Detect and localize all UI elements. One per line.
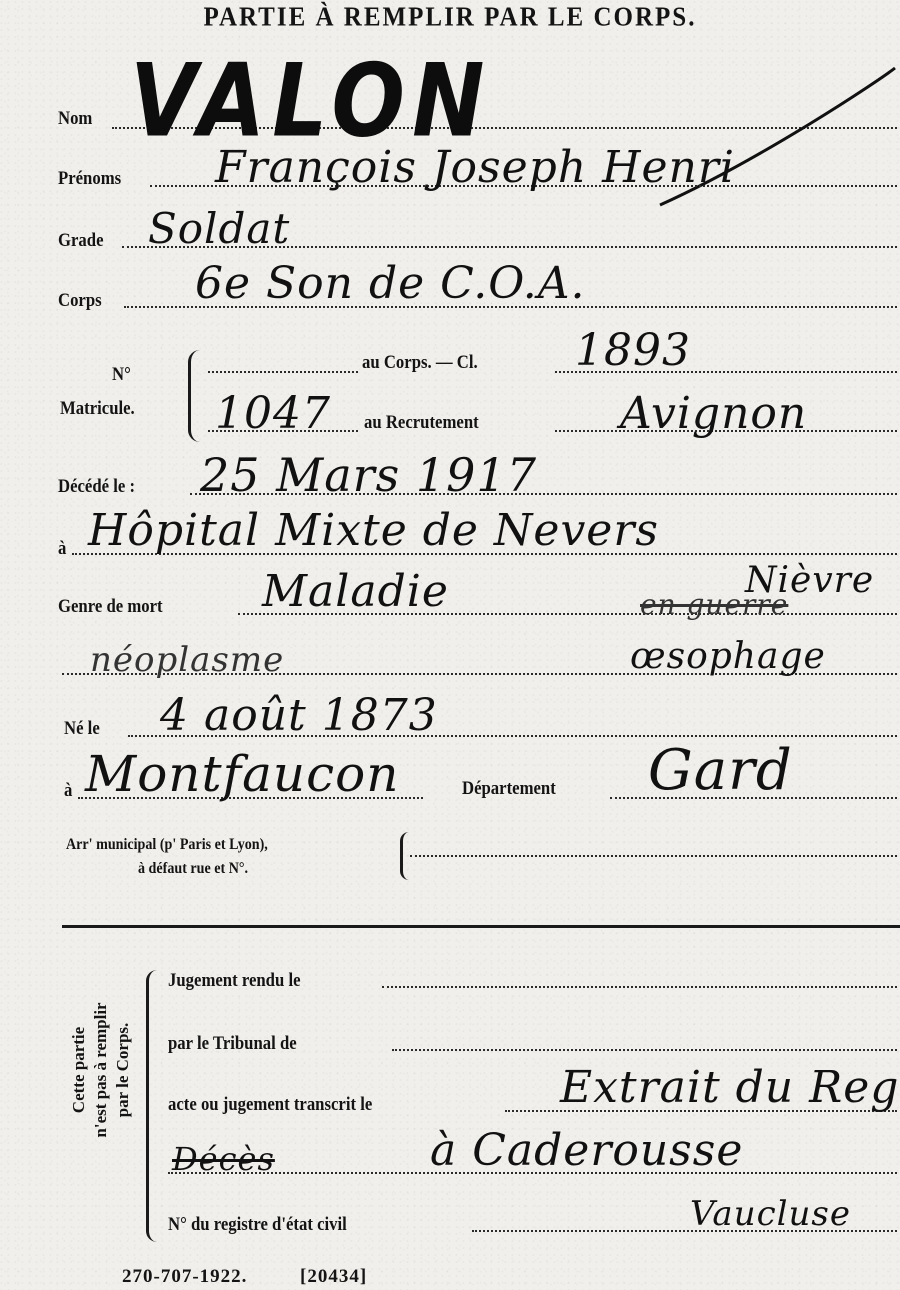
acte-transcrit-continuation: à Caderousse xyxy=(430,1125,743,1176)
jugement-rendu-label: Jugement rendu le xyxy=(168,970,301,992)
jugement-rendu-line xyxy=(382,986,897,988)
side-note: Cette partie n'est pas à remplir par le … xyxy=(68,970,134,1170)
genre-mort-struck: en guerre xyxy=(640,588,788,621)
grade-value: Soldat xyxy=(148,204,290,253)
lower-section-brace xyxy=(146,970,157,1242)
grade-label: Grade xyxy=(58,230,104,252)
recrutement-value: Avignon xyxy=(620,388,807,439)
arrondissement-label-2: à défaut rue et N°. xyxy=(138,860,248,878)
nom-label: Nom xyxy=(58,108,92,130)
matricule-no-label: N° xyxy=(112,364,131,386)
acte-transcrit-label: acte ou jugement transcrit le xyxy=(168,1094,372,1116)
genre-mort-continuation: néoplasme xyxy=(90,640,284,680)
genre-mort-continuation-right: œsophage xyxy=(630,636,826,677)
form-number: [20434] xyxy=(300,1266,367,1288)
matricule-number-value: 1047 xyxy=(215,388,331,439)
acte-transcrit-struck: Décès xyxy=(172,1140,275,1178)
au-recrutement-label: au Recrutement xyxy=(364,412,479,434)
lieu-deces-value: Hôpital Mixte de Nevers xyxy=(88,505,659,556)
matricule-brace xyxy=(188,350,201,442)
tribunal-line xyxy=(392,1049,897,1051)
genre-mort-label: Genre de mort xyxy=(58,596,163,618)
classe-value: 1893 xyxy=(575,325,691,376)
departement-label: Département xyxy=(462,778,556,800)
registre-label: N° du registre d'état civil xyxy=(168,1214,347,1236)
acte-transcrit-value: Extrait du Reg. des xyxy=(560,1062,900,1113)
form-title: PARTIE À REMPLIR PAR LE CORPS. xyxy=(0,3,900,34)
lieu-deces-label: à xyxy=(58,538,66,560)
ne-le-value: 4 août 1873 xyxy=(160,690,438,741)
au-corps-label: au Corps. — Cl. xyxy=(362,352,478,374)
arrondissement-label-1: Arr' municipal (p' Paris et Lyon), xyxy=(66,836,268,854)
arrondissement-line xyxy=(410,855,897,857)
corps-value: 6e Son de C.O.A. xyxy=(195,258,586,309)
acte-transcrit-continuation-right: Vaucluse xyxy=(690,1194,851,1234)
au-corps-line xyxy=(208,371,358,373)
side-note-line-1: Cette partie xyxy=(68,970,90,1170)
ne-le-label: Né le xyxy=(64,718,100,740)
decede-value: 25 Mars 1917 xyxy=(200,448,537,502)
decede-label: Décédé le : xyxy=(58,476,135,498)
side-note-line-3: par le Corps. xyxy=(112,970,134,1170)
section-divider xyxy=(62,925,900,928)
side-note-line-2: n'est pas à remplir xyxy=(90,970,112,1170)
lieu-naissance-label: à xyxy=(64,780,72,802)
print-code: 270-707-1922. xyxy=(122,1266,247,1288)
arrondissement-brace xyxy=(400,832,409,880)
genre-mort-value: Maladie xyxy=(262,566,449,617)
corps-label: Corps xyxy=(58,290,102,312)
departement-value: Gard xyxy=(648,738,793,803)
lieu-naissance-value: Montfaucon xyxy=(85,745,399,803)
prenoms-value: François Joseph Henri xyxy=(215,142,735,193)
prenoms-label: Prénoms xyxy=(58,168,121,190)
matricule-label: Matricule. xyxy=(60,398,135,420)
tribunal-label: par le Tribunal de xyxy=(168,1033,297,1055)
